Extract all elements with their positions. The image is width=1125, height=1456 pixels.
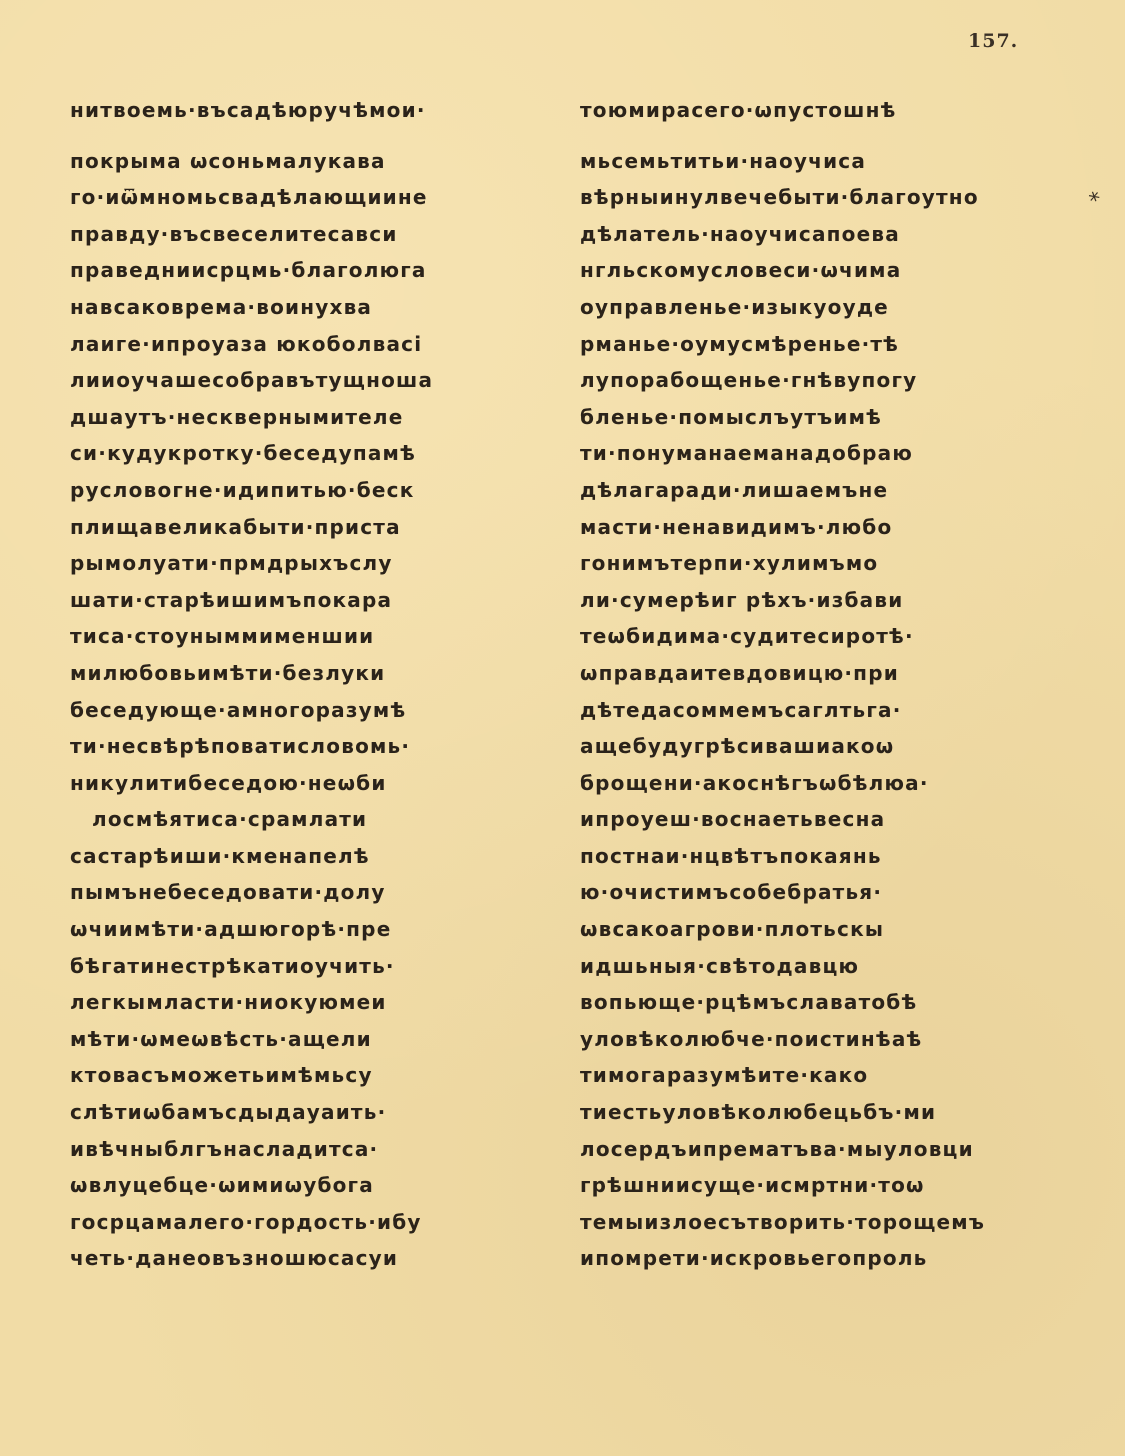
manuscript-line: лииоучашесобравътущноша (70, 362, 540, 399)
manuscript-line: рманье·оумусмѣренье·тѣ (580, 326, 1060, 363)
manuscript-line: никулитибеседою·неѡби (70, 765, 540, 802)
manuscript-line: нитвоемь·въсадѣюручѣмои· (70, 92, 540, 129)
manuscript-line: лаиге·ипроуаза юкоболвасі (70, 326, 540, 363)
right-text-column: тоюмирасего·ѡпустошнѣмьсемьтитьи·наоучис… (580, 92, 1060, 1277)
manuscript-line: вопьюще·рцѣмъславатобѣ (580, 984, 1060, 1021)
manuscript-line: тиса·стоуныммимeншии (70, 618, 540, 655)
manuscript-line: ти·понуманаеманадобраю (580, 435, 1060, 472)
manuscript-line: грѣшниисуще·исмртни·тоѡ (580, 1167, 1060, 1204)
margin-annotation-mark: ⁎ (1084, 181, 1103, 208)
manuscript-line: пымънебеседовати·долу (70, 874, 540, 911)
manuscript-line: постнаи·нцвѣтъпокаянь (580, 838, 1060, 875)
manuscript-line: си·кудукротку·беседупамѣ (70, 435, 540, 472)
left-text-column: нитвоемь·въсадѣюручѣмои·покрыма ѡсоньмал… (70, 92, 540, 1277)
manuscript-line: бѣгатинестрѣкатиоучить· (70, 948, 540, 985)
manuscript-line: тимогаразумѣите·како (580, 1057, 1060, 1094)
manuscript-line: дѣтедасоммемъсаглтьга· (580, 692, 1060, 729)
manuscript-line: лосмѣятиса·срамлати (70, 801, 540, 838)
manuscript-line: дѣлагаради·лишаемъне (580, 472, 1060, 509)
manuscript-line: дшаутъ·несквернымителе (70, 399, 540, 436)
manuscript-line: ѡвсакоагрови·плотьскы (580, 911, 1060, 948)
manuscript-line: навсаковрема·воинухва (70, 289, 540, 326)
manuscript-line: дѣлатель·наоучисапоева (580, 216, 1060, 253)
manuscript-line: ти·несвѣрѣповатисловомь· (70, 728, 540, 765)
manuscript-line: брощени·акоснѣгъѡбѣлюа· (580, 765, 1060, 802)
manuscript-line: нгльскомусловеси·ѡчима (580, 252, 1060, 289)
manuscript-line: ктовасъможетьимѣмьсу (70, 1057, 540, 1094)
page-number: 157. (968, 30, 1018, 52)
manuscript-line: ѡчиимѣти·адшюгорѣ·пре (70, 911, 540, 948)
manuscript-line: лосердъипрематъва·мыуловци (580, 1131, 1060, 1168)
manuscript-line: плищавеликабыти·Приста (70, 509, 540, 546)
manuscript-line: теѡбидима·судитесиротѣ· (580, 618, 1060, 655)
manuscript-line: ю·очистимъсобебратья· (580, 874, 1060, 911)
manuscript-line: лупорабощенье·гнѣвупогу (580, 362, 1060, 399)
manuscript-line: ипроуеш·воснаетьвесна (580, 801, 1060, 838)
manuscript-line: правду·въсвеселитесавси (70, 216, 540, 253)
manuscript-line: тоюмирасего·ѡпустошнѣ (580, 92, 1060, 129)
manuscript-line: шати·старѣишимъпокара (70, 582, 540, 619)
manuscript-line: темыизлоесътворить·торощемъ (580, 1204, 1060, 1241)
manuscript-line: бленье·помыслъутъимѣ (580, 399, 1060, 436)
manuscript-line: ли·сумерѣиг рѣхъ·избави (580, 582, 1060, 619)
manuscript-line: рымолуати·прмдрыхъслу (70, 545, 540, 582)
manuscript-line: ѡправдаитевдовицю·при (580, 655, 1060, 692)
manuscript-line: го·иѿмномьсвадѣлающиине (70, 179, 540, 216)
manuscript-line: ивѣчныблгънасладитса· (70, 1131, 540, 1168)
manuscript-line: мьсемьтитьи·наоучиса (580, 143, 1060, 180)
manuscript-line: ипомрети·искровьегопроль (580, 1240, 1060, 1277)
manuscript-line: милюбовьимѣти·безлуки (70, 655, 540, 692)
manuscript-line: русловогне·идипитью·беск (70, 472, 540, 509)
manuscript-line: праведниисрцмь·благолюга (70, 252, 540, 289)
manuscript-line: мѣти·ѡмеѡвѣсть·ащели (70, 1021, 540, 1058)
manuscript-line: масти·ненавидимъ·любо (580, 509, 1060, 546)
manuscript-line: уловѣколюбче·Поистинѣаѣ (580, 1021, 1060, 1058)
manuscript-line: госрцамалего·гордость·ибу (70, 1204, 540, 1241)
manuscript-line: вѣрныинулвечебыти·благоутно (580, 179, 1060, 216)
manuscript-line: легкымласти·ниокуюмеи (70, 984, 540, 1021)
manuscript-line: покрыма ѡсоньмалукава (70, 143, 540, 180)
manuscript-line: ащебудугрѣсивашиакоѡ (580, 728, 1060, 765)
manuscript-line: тиестьуловѣколюбецьбъ·ми (580, 1094, 1060, 1131)
manuscript-line: оуправленье·изыкуоуде (580, 289, 1060, 326)
manuscript-line: састарѣиши·кменапелѣ (70, 838, 540, 875)
manuscript-line: слѣтиѡбамъсдыдауаить· (70, 1094, 540, 1131)
manuscript-line: ѡвлуцебце·ѡимиѡубога (70, 1167, 540, 1204)
manuscript-line: идшьныя·свѣтодавцю (580, 948, 1060, 985)
manuscript-line: четь·данеовъзношюсасуи (70, 1240, 540, 1277)
manuscript-line: гонимътерпи·хулимъмо (580, 545, 1060, 582)
manuscript-line: беседующе·амногоразумѣ (70, 692, 540, 729)
